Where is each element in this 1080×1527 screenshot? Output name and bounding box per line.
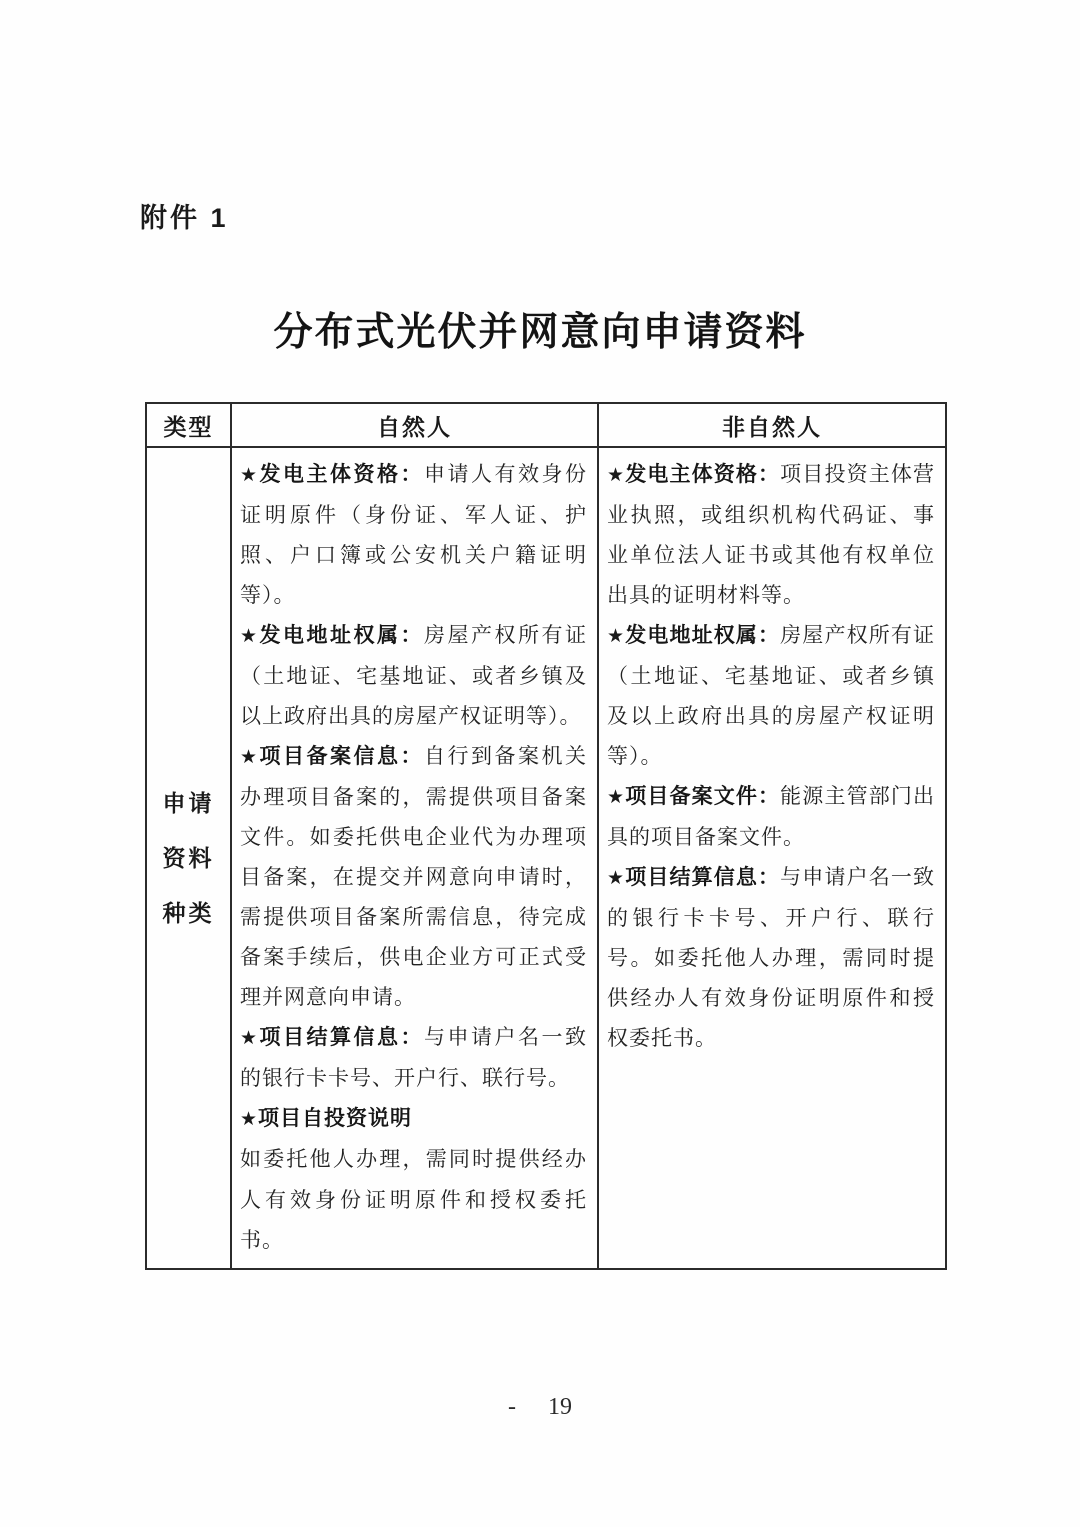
page-number: - 19 [0,1394,1080,1421]
item-label: 项目备案文件： [625,785,780,808]
row-header-line: 申请 [148,776,229,831]
item-label: 发电地址权属： [260,624,424,647]
row-header-line: 资料 [148,831,229,886]
star-icon: ★ [607,625,625,647]
material-item: ★项目备案文件：能源主管部门出具的项目备案文件。 [607,776,935,857]
item-label: 发电地址权属： [625,624,780,647]
non-natural-person-cell: ★发电主体资格：项目投资主体营业执照，或组织机构代码证、事业单位法人证书或其他有… [598,447,946,1269]
item-label: 发电主体资格： [260,463,424,486]
attachment-label: 附件 1 [140,196,229,235]
material-item: ★发电主体资格：项目投资主体营业执照，或组织机构代码证、事业单位法人证书或其他有… [607,454,935,615]
item-text: 与申请户名一致的银行卡卡号、开户行、联行号。如委托他人办理，需同时提供经办人有效… [607,865,935,1050]
item-label: 项目自投资说明 [258,1107,412,1130]
document-page: 附件 1 分布式光伏并网意向申请资料 类型 自然人 非自然人 申请 资料 种类 [0,0,1080,1527]
column-header-natural-person: 自然人 [231,403,598,447]
material-item: ★发电主体资格：申请人有效身份证明原件（身份证、军人证、护照、户口簿或公安机关户… [240,454,587,615]
star-icon: ★ [240,746,260,768]
star-icon: ★ [607,464,625,486]
item-label: 项目备案信息： [260,745,424,768]
row-header-line: 种类 [148,886,229,941]
star-icon: ★ [607,867,625,889]
item-label: 项目结算信息： [625,866,780,889]
natural-person-cell: ★发电主体资格：申请人有效身份证明原件（身份证、军人证、护照、户口簿或公安机关户… [231,447,598,1269]
table-header-row: 类型 自然人 非自然人 [146,403,946,447]
material-item: ★项目结算信息：与申请户名一致的银行卡卡号、开户行、联行号。 [240,1017,587,1098]
column-header-type: 类型 [146,403,231,447]
item-text: 自行到备案机关办理项目备案的，需提供项目备案文件。如委托供电企业代为办理项目备案… [240,744,587,1009]
material-item: ★项目备案信息：自行到备案机关办理项目备案的，需提供项目备案文件。如委托供电企业… [240,736,587,1017]
material-item: ★发电地址权属：房屋产权所有证（土地证、宅基地证、或者乡镇及以上政府出具的房屋产… [607,615,935,776]
material-item: ★项目结算信息：与申请户名一致的银行卡卡号、开户行、联行号。如委托他人办理，需同… [607,857,935,1058]
material-item: 如委托他人办理，需同时提供经办人有效身份证明原件和授权委托书。 [240,1139,587,1260]
table-row: 申请 资料 种类 ★发电主体资格：申请人有效身份证明原件（身份证、军人证、护照、… [146,447,946,1269]
item-text: 如委托他人办理，需同时提供经办人有效身份证明原件和授权委托书。 [240,1147,587,1252]
star-icon: ★ [240,1027,260,1049]
material-item: ★项目自投资说明 [240,1098,587,1139]
star-icon: ★ [240,625,260,647]
star-icon: ★ [607,786,625,808]
star-icon: ★ [240,464,260,486]
row-header-application-material-types: 申请 资料 种类 [146,447,231,1269]
column-header-non-natural-person: 非自然人 [598,403,946,447]
page-title: 分布式光伏并网意向申请资料 [0,301,1080,357]
item-label: 项目结算信息： [260,1026,424,1049]
material-item: ★发电地址权属：房屋产权所有证（土地证、宅基地证、或者乡镇及以上政府出具的房屋产… [240,615,587,736]
item-label: 发电主体资格： [625,463,780,486]
star-icon: ★ [240,1108,258,1130]
application-materials-table: 类型 自然人 非自然人 申请 资料 种类 ★发电主体资格：申请人有效身份证明原件… [145,402,947,1270]
